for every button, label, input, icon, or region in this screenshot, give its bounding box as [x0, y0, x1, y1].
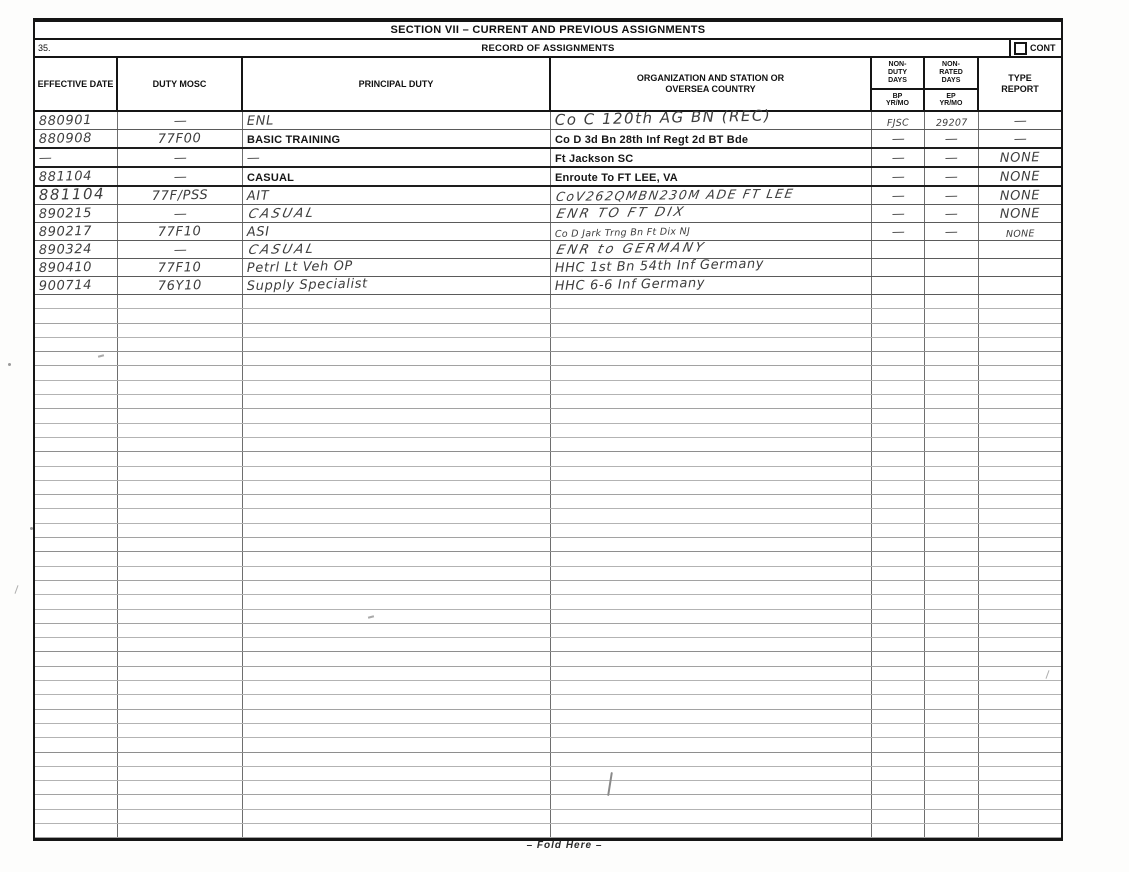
cell-org-empty	[551, 681, 872, 694]
entry-mosc: —	[173, 208, 186, 221]
cell-duty: BASIC TRAINING	[243, 130, 551, 147]
cell-org-empty	[551, 624, 872, 637]
cell-ep-empty	[925, 538, 979, 551]
cell-date-empty	[35, 424, 118, 437]
cell-ep: 29207	[925, 112, 979, 129]
cell-date-empty	[35, 366, 118, 379]
cell-type-empty	[979, 467, 1061, 480]
cell-mosc-empty	[118, 295, 243, 308]
cell-ep-empty	[925, 824, 979, 837]
cell-date-empty	[35, 538, 118, 551]
cell-org-empty	[551, 509, 872, 522]
cell-type-empty	[979, 781, 1061, 794]
cell-mosc-empty	[118, 509, 243, 522]
cell-mosc-empty	[118, 767, 243, 780]
cell-mosc-empty	[118, 467, 243, 480]
cell-duty-empty	[243, 424, 551, 437]
cell-mosc: 77F10	[118, 259, 243, 276]
cell-bp-empty	[872, 581, 925, 594]
cell-mosc-empty	[118, 581, 243, 594]
entry-duty: ENL	[247, 114, 274, 128]
cell-bp-empty	[872, 538, 925, 551]
ep-yrmo-label: EP YR/MO	[925, 90, 977, 110]
cell-mosc-empty	[118, 681, 243, 694]
cell-org-empty	[551, 695, 872, 708]
cell-type-empty	[979, 724, 1061, 737]
entry-type: NONE	[1000, 189, 1041, 203]
cell-mosc-empty	[118, 366, 243, 379]
cell-org-empty	[551, 524, 872, 537]
empty-row	[35, 753, 1061, 767]
cell-ep-empty	[925, 324, 979, 337]
col-header-organization: ORGANIZATION AND STATION OR OVERSEA COUN…	[551, 58, 872, 110]
empty-row	[35, 295, 1061, 309]
cell-date: 890410	[35, 259, 118, 276]
cell-bp-empty	[872, 610, 925, 623]
cell-duty-empty	[243, 481, 551, 494]
cell-date: 880908	[35, 130, 118, 147]
cell-bp-empty	[872, 795, 925, 808]
cell-duty-empty	[243, 352, 551, 365]
cell-date-empty	[35, 595, 118, 608]
entry-bp: —	[891, 190, 904, 203]
cell-org-empty	[551, 610, 872, 623]
cell-date-empty	[35, 295, 118, 308]
cell-bp: —	[872, 130, 925, 147]
empty-row	[35, 366, 1061, 380]
cell-date-empty	[35, 481, 118, 494]
entry-mosc: —	[173, 171, 186, 184]
cell-duty-empty	[243, 695, 551, 708]
cell-bp: —	[872, 223, 925, 240]
cell-date-empty	[35, 495, 118, 508]
empty-row	[35, 738, 1061, 752]
cell-type-empty	[979, 395, 1061, 408]
entry-org: Enroute To FT LEE, VA	[555, 173, 678, 184]
cell-mosc-empty	[118, 610, 243, 623]
cell-mosc-empty	[118, 452, 243, 465]
cell-mosc-empty	[118, 552, 243, 565]
cell-bp-empty	[872, 710, 925, 723]
entry-ep: —	[945, 226, 958, 239]
cell-ep-empty	[925, 738, 979, 751]
entry-mosc: 77F10	[158, 261, 202, 275]
entry-type: NONE	[1005, 229, 1034, 239]
cell-bp: —	[872, 168, 925, 185]
cell-duty-empty	[243, 638, 551, 651]
entry-mosc: 77F/PSS	[151, 189, 208, 203]
col-header-effective-date: EFFECTIVE DATE	[35, 58, 118, 110]
cell-ep-empty	[925, 424, 979, 437]
cell-type-empty	[979, 366, 1061, 379]
cell-bp-empty	[872, 781, 925, 794]
cont-label: CONT	[1030, 43, 1056, 53]
cell-org: Enroute To FT LEE, VA	[551, 168, 872, 185]
cell-date-empty	[35, 824, 118, 837]
cell-bp-empty	[872, 724, 925, 737]
cell-date-empty	[35, 710, 118, 723]
cell-date: 890217	[35, 223, 118, 240]
entry-date: 890410	[39, 261, 92, 275]
cell-mosc-empty	[118, 824, 243, 837]
cell-date: 880901	[35, 112, 118, 129]
empty-row	[35, 810, 1061, 824]
cell-org-empty	[551, 538, 872, 551]
cell-date-empty	[35, 667, 118, 680]
cell-date: 900714	[35, 277, 118, 294]
entry-ep: —	[945, 190, 958, 203]
empty-row	[35, 767, 1061, 781]
entry-ep: —	[945, 208, 958, 221]
cell-type-empty	[979, 495, 1061, 508]
cell-duty-empty	[243, 610, 551, 623]
cell-duty-empty	[243, 409, 551, 422]
cell-mosc-empty	[118, 309, 243, 322]
entry-duty: BASIC TRAINING	[247, 135, 340, 146]
entry-date: 900714	[39, 279, 92, 293]
empty-row	[35, 581, 1061, 595]
cell-mosc-empty	[118, 567, 243, 580]
cell-type-empty	[979, 710, 1061, 723]
cell-type-empty	[979, 581, 1061, 594]
cell-date-empty	[35, 509, 118, 522]
cell-org-empty	[551, 309, 872, 322]
col-header-principal-duty: PRINCIPAL DUTY	[243, 58, 551, 110]
cell-date: —	[35, 149, 118, 166]
cell-date: 881104	[35, 187, 118, 204]
cell-bp-empty	[872, 767, 925, 780]
cell-duty-empty	[243, 781, 551, 794]
cell-type-empty	[979, 681, 1061, 694]
cell-mosc-empty	[118, 810, 243, 823]
empty-row	[35, 452, 1061, 466]
entry-date: 890324	[39, 243, 92, 257]
cell-bp-empty	[872, 595, 925, 608]
cell-bp-empty	[872, 381, 925, 394]
empty-row	[35, 495, 1061, 509]
entry-bp: FJSC	[887, 118, 909, 128]
cell-org-empty	[551, 710, 872, 723]
cell-date-empty	[35, 438, 118, 451]
empty-row	[35, 681, 1061, 695]
cell-ep-empty	[925, 509, 979, 522]
cell-bp	[872, 241, 925, 258]
entry-mosc: 76Y10	[158, 279, 202, 293]
cell-duty-empty	[243, 681, 551, 694]
cell-org: Co C 120th AG BN (REC)	[551, 112, 872, 129]
cell-mosc-empty	[118, 338, 243, 351]
cell-org-empty	[551, 552, 872, 565]
empty-row	[35, 338, 1061, 352]
cell-ep-empty	[925, 624, 979, 637]
cell-org-empty	[551, 738, 872, 751]
cell-bp-empty	[872, 467, 925, 480]
cell-ep	[925, 241, 979, 258]
cell-date-empty	[35, 467, 118, 480]
scan-artifact-dot-left	[8, 363, 11, 366]
cell-bp-empty	[872, 509, 925, 522]
entry-type: NONE	[1000, 207, 1041, 221]
empty-row	[35, 481, 1061, 495]
cell-mosc-empty	[118, 352, 243, 365]
cell-date-empty	[35, 810, 118, 823]
cell-type: NONE	[979, 223, 1061, 240]
cell-org-empty	[551, 395, 872, 408]
entry-org: ENR TO FT DIX	[555, 206, 687, 221]
cell-org-empty	[551, 424, 872, 437]
cell-type-empty	[979, 552, 1061, 565]
cell-org-empty	[551, 409, 872, 422]
cell-type-empty	[979, 610, 1061, 623]
cell-type-empty	[979, 695, 1061, 708]
assignment-row: ———Ft Jackson SC——NONE	[35, 149, 1061, 168]
cell-type	[979, 277, 1061, 294]
cell-duty-empty	[243, 295, 551, 308]
cell-type-empty	[979, 824, 1061, 837]
cell-type-empty	[979, 667, 1061, 680]
cell-type-empty	[979, 352, 1061, 365]
cell-date: 890324	[35, 241, 118, 258]
cell-duty: AIT	[243, 187, 551, 204]
entry-org: Co D 3d Bn 28th Inf Regt 2d BT Bde	[555, 135, 748, 146]
cell-org-empty	[551, 595, 872, 608]
cell-mosc-empty	[118, 381, 243, 394]
cell-date-empty	[35, 638, 118, 651]
empty-row	[35, 652, 1061, 666]
cell-bp-empty	[872, 652, 925, 665]
cell-mosc-empty	[118, 524, 243, 537]
entry-ep: —	[945, 152, 958, 165]
scanned-form-page: SECTION VII – CURRENT AND PREVIOUS ASSIG…	[0, 0, 1129, 872]
grid-body: 880901—ENLCo C 120th AG BN (REC)FJSC2920…	[35, 112, 1061, 838]
cell-bp-empty	[872, 624, 925, 637]
cell-duty-empty	[243, 738, 551, 751]
cell-mosc-empty	[118, 481, 243, 494]
cell-type-empty	[979, 767, 1061, 780]
empty-row	[35, 424, 1061, 438]
cell-date-empty	[35, 681, 118, 694]
cell-duty-empty	[243, 795, 551, 808]
cell-duty-empty	[243, 652, 551, 665]
scan-artifact-mark-left	[14, 585, 18, 594]
cell-type-empty	[979, 538, 1061, 551]
cell-date-empty	[35, 624, 118, 637]
cell-duty-empty	[243, 324, 551, 337]
cell-date-empty	[35, 738, 118, 751]
entry-org: HHC 6-6 Inf Germany	[555, 277, 706, 293]
section-title: SECTION VII – CURRENT AND PREVIOUS ASSIG…	[35, 22, 1061, 40]
assignment-row: 890215—CASUALENR TO FT DIX——NONE	[35, 205, 1061, 223]
cell-ep-empty	[925, 695, 979, 708]
cell-mosc-empty	[118, 738, 243, 751]
cell-ep: —	[925, 130, 979, 147]
cell-org: ENR to GERMANY	[551, 241, 872, 258]
cell-type-empty	[979, 452, 1061, 465]
cell-org-empty	[551, 381, 872, 394]
cell-duty-empty	[243, 724, 551, 737]
scan-artifact-dot-margin	[30, 527, 33, 530]
entry-date: 881104	[39, 170, 92, 184]
non-rated-days-label: NON-RATED DAYS	[925, 58, 977, 90]
cell-bp: —	[872, 149, 925, 166]
cell-org-empty	[551, 724, 872, 737]
cell-mosc: 77F00	[118, 130, 243, 147]
cell-ep: —	[925, 223, 979, 240]
cell-duty: —	[243, 149, 551, 166]
cell-org-empty	[551, 781, 872, 794]
entry-duty: CASUAL	[247, 243, 317, 257]
cell-org-empty	[551, 652, 872, 665]
cell-mosc: —	[118, 205, 243, 222]
cell-bp-empty	[872, 681, 925, 694]
cell-duty-empty	[243, 309, 551, 322]
cell-date-empty	[35, 524, 118, 537]
cell-mosc-empty	[118, 624, 243, 637]
col-header-duty-mosc: DUTY MOSC	[118, 58, 243, 110]
entry-duty: CASUAL	[247, 173, 294, 184]
entry-mosc: 77F00	[158, 132, 202, 146]
cell-ep-empty	[925, 438, 979, 451]
empty-row	[35, 409, 1061, 423]
cell-duty-empty	[243, 767, 551, 780]
empty-row	[35, 509, 1061, 523]
empty-row	[35, 724, 1061, 738]
cell-ep	[925, 259, 979, 276]
entry-duty: ASI	[247, 226, 270, 239]
entry-date: 880901	[39, 114, 92, 128]
entry-org: Co C 120th AG BN (REC)	[555, 108, 772, 128]
cell-type: —	[979, 130, 1061, 147]
cell-org-empty	[551, 795, 872, 808]
entry-date: 881104	[39, 187, 106, 203]
cell-duty-empty	[243, 438, 551, 451]
cell-mosc-empty	[118, 324, 243, 337]
empty-row	[35, 781, 1061, 795]
cell-date-empty	[35, 552, 118, 565]
cell-ep-empty	[925, 610, 979, 623]
cell-org-empty	[551, 467, 872, 480]
cell-org: ENR TO FT DIX	[551, 205, 872, 222]
cell-mosc-empty	[118, 652, 243, 665]
cell-date-empty	[35, 338, 118, 351]
entry-mosc: —	[173, 115, 186, 128]
cell-ep-empty	[925, 638, 979, 651]
cell-mosc: —	[118, 241, 243, 258]
cell-ep-empty	[925, 581, 979, 594]
cell-type-empty	[979, 638, 1061, 651]
cell-ep-empty	[925, 767, 979, 780]
cell-ep-empty	[925, 309, 979, 322]
cell-ep-empty	[925, 652, 979, 665]
cell-ep-empty	[925, 524, 979, 537]
col-header-non-duty-days: NON-DUTY DAYS BP YR/MO	[872, 58, 925, 110]
assignment-row: 90071476Y10Supply SpecialistHHC 6-6 Inf …	[35, 277, 1061, 295]
cell-org-empty	[551, 366, 872, 379]
entry-org: ENR to GERMANY	[555, 241, 707, 257]
cell-mosc-empty	[118, 395, 243, 408]
cell-duty: CASUAL	[243, 241, 551, 258]
empty-row	[35, 695, 1061, 709]
cell-type	[979, 241, 1061, 258]
empty-row	[35, 309, 1061, 323]
cell-mosc-empty	[118, 495, 243, 508]
cell-date-empty	[35, 695, 118, 708]
entry-mosc: —	[173, 152, 186, 165]
cell-ep-empty	[925, 781, 979, 794]
cell-duty-empty	[243, 452, 551, 465]
entry-bp: —	[891, 226, 904, 239]
record-header-row: 35. RECORD OF ASSIGNMENTS CONT	[35, 40, 1061, 58]
entry-date: 890215	[39, 207, 92, 221]
cell-duty-empty	[243, 538, 551, 551]
cell-bp-empty	[872, 452, 925, 465]
entry-ep: —	[945, 171, 958, 184]
cell-date-empty	[35, 452, 118, 465]
cell-type-empty	[979, 652, 1061, 665]
cell-duty: CASUAL	[243, 205, 551, 222]
cell-mosc: 77F/PSS	[118, 187, 243, 204]
cell-duty-empty	[243, 753, 551, 766]
assignment-row: 89041077F10Petrl Lt Veh OPHHC 1st Bn 54t…	[35, 259, 1061, 277]
entry-duty: AIT	[247, 190, 270, 203]
cell-type: NONE	[979, 205, 1061, 222]
cell-bp-empty	[872, 438, 925, 451]
entry-bp: —	[891, 133, 904, 146]
cell-type: NONE	[979, 187, 1061, 204]
empty-row	[35, 395, 1061, 409]
entry-org: Co D Jark Trng Bn Ft Dix NJ	[555, 227, 690, 239]
cell-bp	[872, 259, 925, 276]
cont-cell: CONT	[1009, 40, 1061, 56]
entry-org: HHC 1st Bn 54th Inf Germany	[555, 258, 765, 275]
cell-org: HHC 1st Bn 54th Inf Germany	[551, 259, 872, 276]
cell-org-empty	[551, 567, 872, 580]
cell-mosc: 76Y10	[118, 277, 243, 294]
cell-ep-empty	[925, 381, 979, 394]
cell-mosc-empty	[118, 595, 243, 608]
cell-bp: —	[872, 205, 925, 222]
cell-ep-empty	[925, 681, 979, 694]
cell-bp-empty	[872, 495, 925, 508]
empty-row	[35, 595, 1061, 609]
cell-bp-empty	[872, 738, 925, 751]
fold-here-label: – Fold Here –	[0, 840, 1129, 851]
cell-mosc-empty	[118, 753, 243, 766]
cell-type-empty	[979, 295, 1061, 308]
cell-type-empty	[979, 795, 1061, 808]
cell-ep-empty	[925, 667, 979, 680]
assignment-row: 88110477F/PSSAITCoV262QMBN230M ADE FT LE…	[35, 187, 1061, 205]
cell-type-empty	[979, 309, 1061, 322]
cell-bp-empty	[872, 667, 925, 680]
cont-checkbox[interactable]	[1014, 42, 1027, 55]
empty-row	[35, 667, 1061, 681]
entry-duty: Supply Specialist	[247, 277, 368, 293]
cell-org-empty	[551, 295, 872, 308]
cell-org-empty	[551, 581, 872, 594]
cell-bp-empty	[872, 409, 925, 422]
entry-date: 890217	[39, 225, 92, 239]
cell-date-empty	[35, 581, 118, 594]
assignment-row: 89021777F10ASICo D Jark Trng Bn Ft Dix N…	[35, 223, 1061, 241]
assignments-form: SECTION VII – CURRENT AND PREVIOUS ASSIG…	[33, 18, 1063, 841]
cell-ep-empty	[925, 467, 979, 480]
cell-type: NONE	[979, 168, 1061, 185]
empty-row	[35, 552, 1061, 566]
cell-org-empty	[551, 753, 872, 766]
cell-date-empty	[35, 753, 118, 766]
cell-ep: —	[925, 149, 979, 166]
